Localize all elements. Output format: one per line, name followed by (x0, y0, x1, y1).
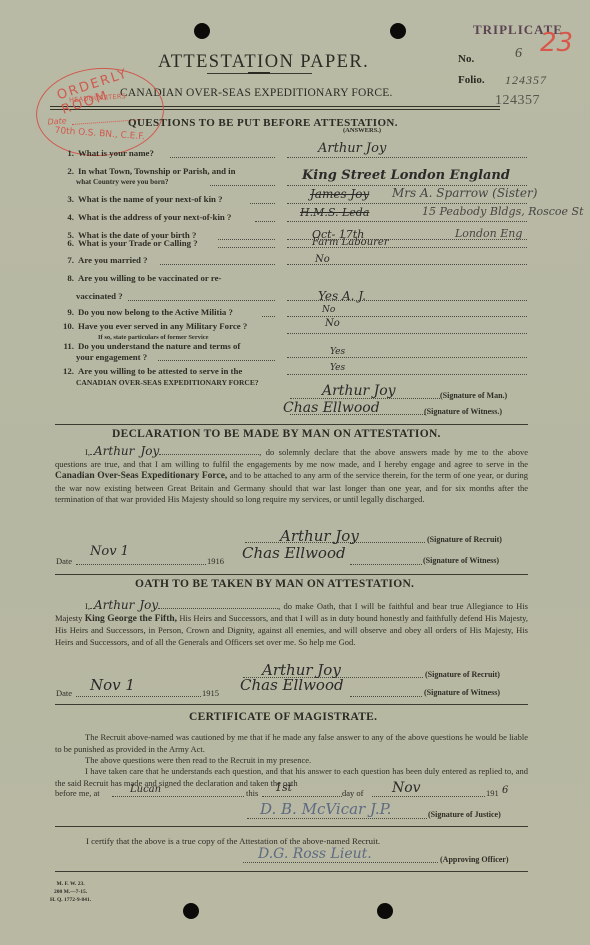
oath-date-value: Nov 1 (90, 676, 135, 694)
declaration-recruit-signature-label: (Signature of Recruit) (427, 535, 502, 544)
oath-heading: OATH TO BE TAKEN BY MAN ON ATTESTATION. (135, 578, 414, 590)
section-divider-1 (55, 424, 528, 425)
declaration-name: Arthur Joy (94, 444, 159, 458)
declaration-text: I,Arthur Joy, do solemnly declare that t… (55, 446, 528, 506)
justice-signature-label: (Signature of Justice) (428, 810, 501, 819)
month-line (372, 796, 485, 797)
magistrate-para-1: The Recruit above-named was cautioned by… (55, 732, 528, 755)
question-8-leader (128, 300, 275, 301)
witness-signature: Chas Ellwood (283, 400, 380, 416)
punch-hole-top-right (390, 23, 406, 39)
place-line (112, 796, 244, 797)
answer-address-struck: H.M.S. Leda (300, 206, 369, 219)
place-value: Lucan (130, 784, 161, 795)
title-rule-ornament (248, 72, 270, 74)
officer-signature-line (243, 862, 438, 863)
witness-signature-label: (Signature of Witness.) (424, 407, 502, 416)
form-reference-line-1: M. F. W. 23. (50, 880, 91, 888)
question-2: 2.In what Town, Township or Parish, and … (56, 166, 236, 188)
question-8: 8.Are you willing to be vaccinated or re… (56, 273, 221, 302)
declaration-witness-signature-line (350, 564, 422, 565)
question-1-leader (170, 157, 275, 158)
oath-recruit-signature-label: (Signature of Recruit) (425, 670, 500, 679)
question-7-leader (160, 264, 275, 265)
question-2-leader (210, 185, 275, 186)
question-3: 3.What is the name of your next-of kin ? (56, 194, 223, 205)
punch-hole-top-left (194, 23, 210, 39)
year-suffix: 6 (502, 785, 508, 796)
magistrate-para-2: The above questions were then read to th… (55, 755, 528, 767)
question-7: 7.Are you married ? (56, 255, 147, 266)
question-3-leader (250, 203, 275, 204)
answer-3-line (287, 203, 527, 204)
oath-name: Arthur Joy (94, 598, 158, 612)
answer-4-line (287, 221, 527, 222)
question-4: 4.What is the address of your next-of-ki… (56, 212, 231, 223)
answer-10-line (287, 333, 527, 334)
answer-birthplace: King Street London England (302, 168, 510, 183)
attestation-paper: TRIPLICATE ATTESTATION PAPER. No. 6 23 F… (0, 0, 590, 945)
year-prefix: 191 (486, 788, 499, 798)
section-divider-2 (55, 574, 528, 575)
oath-text: I,Arthur Joy, do make Oath, that I will … (55, 600, 528, 648)
officer-signature: D.G. Ross Lieut. (258, 846, 372, 862)
punch-hole-bottom-left (183, 903, 199, 919)
day-value: 1st (275, 781, 292, 794)
answer-understand: Yes (330, 347, 345, 357)
question-9-leader (262, 316, 275, 317)
day-line (262, 796, 342, 797)
answer-1-line (287, 157, 527, 158)
number-label: No. (458, 53, 474, 65)
justice-signature-line (247, 818, 427, 819)
answer-married: No (315, 254, 330, 265)
section-divider-5 (55, 871, 528, 872)
declaration-heading: DECLARATION TO BE MADE BY MAN ON ATTESTA… (112, 428, 441, 440)
form-reference-line-3: H. Q. 1772-9-841. (50, 896, 91, 904)
oath-witness-signature: Chas Ellwood (240, 676, 344, 694)
month-value: Nov (392, 780, 421, 796)
answer-address-cont: London Eng (455, 227, 522, 240)
section-divider-4 (55, 826, 528, 827)
officer-signature-label: (Approving Officer) (440, 855, 509, 864)
oath-witness-signature-label: (Signature of Witness) (424, 688, 500, 697)
oath-year: 1915 (202, 688, 219, 698)
folio-handwritten: 124357 (505, 73, 547, 88)
declaration-witness-signature: Chas Ellwood (242, 544, 346, 562)
answer-9-line (287, 316, 527, 317)
answer-vaccinated: Yes A. J. (318, 289, 366, 303)
magistrate-heading: CERTIFICATE OF MAGISTRATE. (189, 711, 377, 723)
question-5-leader (218, 239, 275, 240)
question-9: 9.Do you now belong to the Active Militi… (56, 307, 233, 318)
question-11-leader (158, 360, 275, 361)
answer-military-service: No (325, 318, 340, 329)
answer-next-of-kin: Mrs A. Sparrow (Sister) (392, 186, 537, 200)
answer-11-line (287, 357, 527, 358)
before-me-label: before me, at (55, 788, 100, 798)
answer-willing: Yes (330, 363, 345, 373)
question-10: 10.Have you ever served in any Military … (56, 321, 247, 343)
answer-name: Arthur Joy (318, 141, 386, 156)
declaration-recruit-signature: Arthur Joy (280, 527, 359, 545)
punch-hole-bottom-right (377, 903, 393, 919)
answers-heading: (ANSWERS.) (343, 127, 381, 134)
oath-witness-signature-line (350, 696, 422, 697)
oath-date-label: Date (56, 688, 72, 698)
question-1: 1.What is your name? (56, 148, 154, 159)
oath-date-line (76, 696, 201, 697)
man-signature-label: (Signature of Man.) (440, 391, 507, 400)
folio-stamped: 124357 (495, 93, 540, 109)
declaration-witness-signature-label: (Signature of Witness) (423, 556, 499, 565)
answer-next-of-kin-struck: James Joy (310, 187, 369, 201)
man-signature: Arthur Joy (322, 383, 396, 399)
section-divider-3 (55, 704, 528, 705)
question-12: 12.Are you willing to be attested to ser… (56, 366, 259, 388)
declaration-date-value: Nov 1 (90, 544, 129, 559)
question-6: 6.What is your Trade or Calling ? (56, 238, 198, 249)
form-reference: M. F. W. 23. 200 M.—7-15. H. Q. 1772-9-8… (50, 880, 91, 904)
this-label: this (246, 788, 258, 798)
justice-signature: D. B. McVicar J.P. (260, 800, 391, 818)
declaration-year: 1916 (207, 556, 224, 566)
number-red: 23 (540, 28, 573, 58)
question-6-leader (218, 247, 275, 248)
form-reference-line-2: 200 M.—7-15. (50, 888, 91, 896)
answer-12-line (287, 374, 527, 375)
answer-trade: Farm Labourer (312, 237, 389, 248)
page-title: ATTESTATION PAPER. (158, 52, 369, 73)
day-of-label: day of (342, 788, 363, 798)
answer-address: 15 Peabody Bldgs, Roscoe St (422, 205, 584, 218)
declaration-date-line (76, 564, 206, 565)
folio-label: Folio. (458, 74, 485, 86)
answer-militia: No (322, 305, 335, 315)
stamp-line-1: ORDERLY ROOM (55, 57, 163, 118)
orderly-room-stamp: ORDERLY ROOM HEADQUARTERS Date 70th O.S.… (33, 64, 167, 161)
declaration-date-label: Date (56, 556, 72, 566)
question-4-leader (255, 221, 275, 222)
number-handwritten: 6 (515, 46, 522, 62)
